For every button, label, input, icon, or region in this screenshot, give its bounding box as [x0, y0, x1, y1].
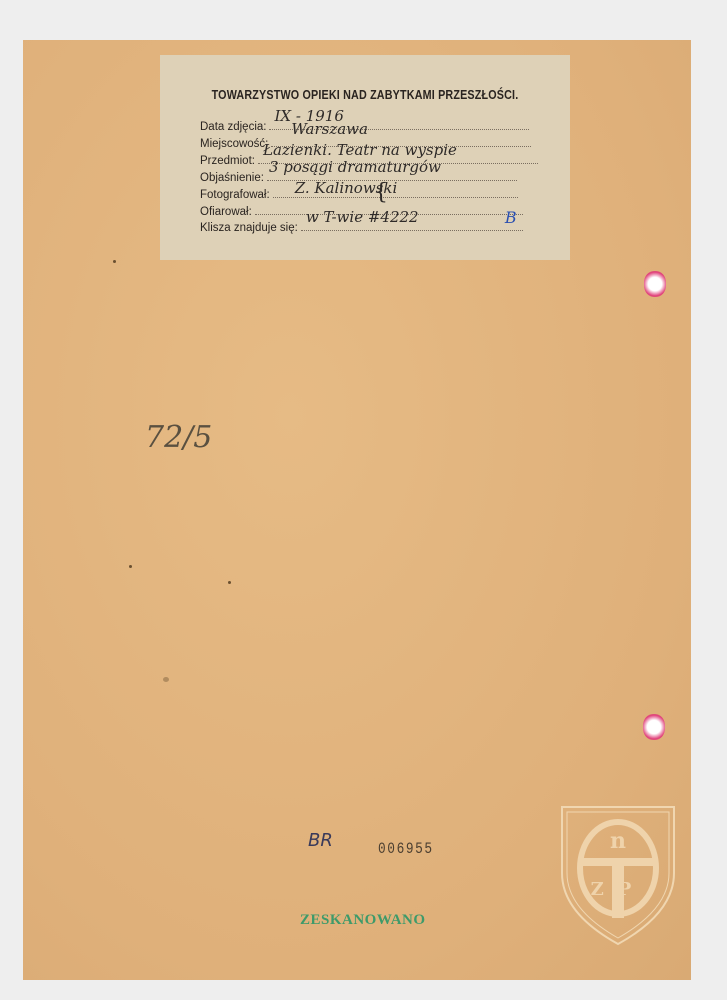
- punch-hole: [644, 271, 666, 297]
- card-title: TOWARZYSTWO OPIEKI NAD ZABYTKAMI PRZESZŁ…: [189, 88, 542, 102]
- field-label: Klisza znajduje się:: [200, 222, 298, 234]
- document-sheet: TOWARZYSTWO OPIEKI NAD ZABYTKAMI PRZESZŁ…: [23, 40, 691, 980]
- field-value: Warszawa: [291, 120, 368, 138]
- svg-text:n: n: [610, 828, 626, 854]
- field-label: Data zdjęcia:: [200, 121, 266, 133]
- watermark-emblem-icon: n ZP: [558, 803, 678, 948]
- field-value: w T-wie #4222: [306, 208, 419, 226]
- archive-label-card: TOWARZYSTWO OPIEKI NAD ZABYTKAMI PRZESZŁ…: [160, 55, 570, 260]
- field-label: Fotografował:: [200, 189, 270, 201]
- paper-speck: [163, 677, 169, 682]
- field-label: Ofiarował:: [200, 206, 252, 218]
- field-value: 3 posągi dramaturgów: [269, 158, 441, 176]
- initials: BR: [308, 830, 333, 851]
- paper-speck: [228, 581, 231, 584]
- field-photographer: Fotografował: Z. Kalinowski: [200, 185, 518, 201]
- punch-hole: [643, 714, 665, 740]
- brace-mark: {: [374, 180, 388, 205]
- paper-speck: [129, 565, 132, 568]
- scan-stamp: ZESKANOWANO: [300, 912, 426, 929]
- field-suffix: B: [505, 208, 517, 227]
- field-label: Objaśnienie:: [200, 172, 264, 184]
- field-label: Miejscowość:: [200, 138, 268, 150]
- svg-text:ZP: ZP: [591, 879, 646, 900]
- field-negative-location: Klisza znajduje się: w T-wie #4222 B: [200, 218, 523, 234]
- field-label: Przedmiot:: [200, 155, 255, 167]
- field-value: Łazienki. Teatr na wyspie: [263, 141, 457, 159]
- pencil-note: 72/5: [145, 420, 212, 455]
- inventory-number: 006955: [378, 840, 434, 858]
- paper-speck: [113, 260, 116, 263]
